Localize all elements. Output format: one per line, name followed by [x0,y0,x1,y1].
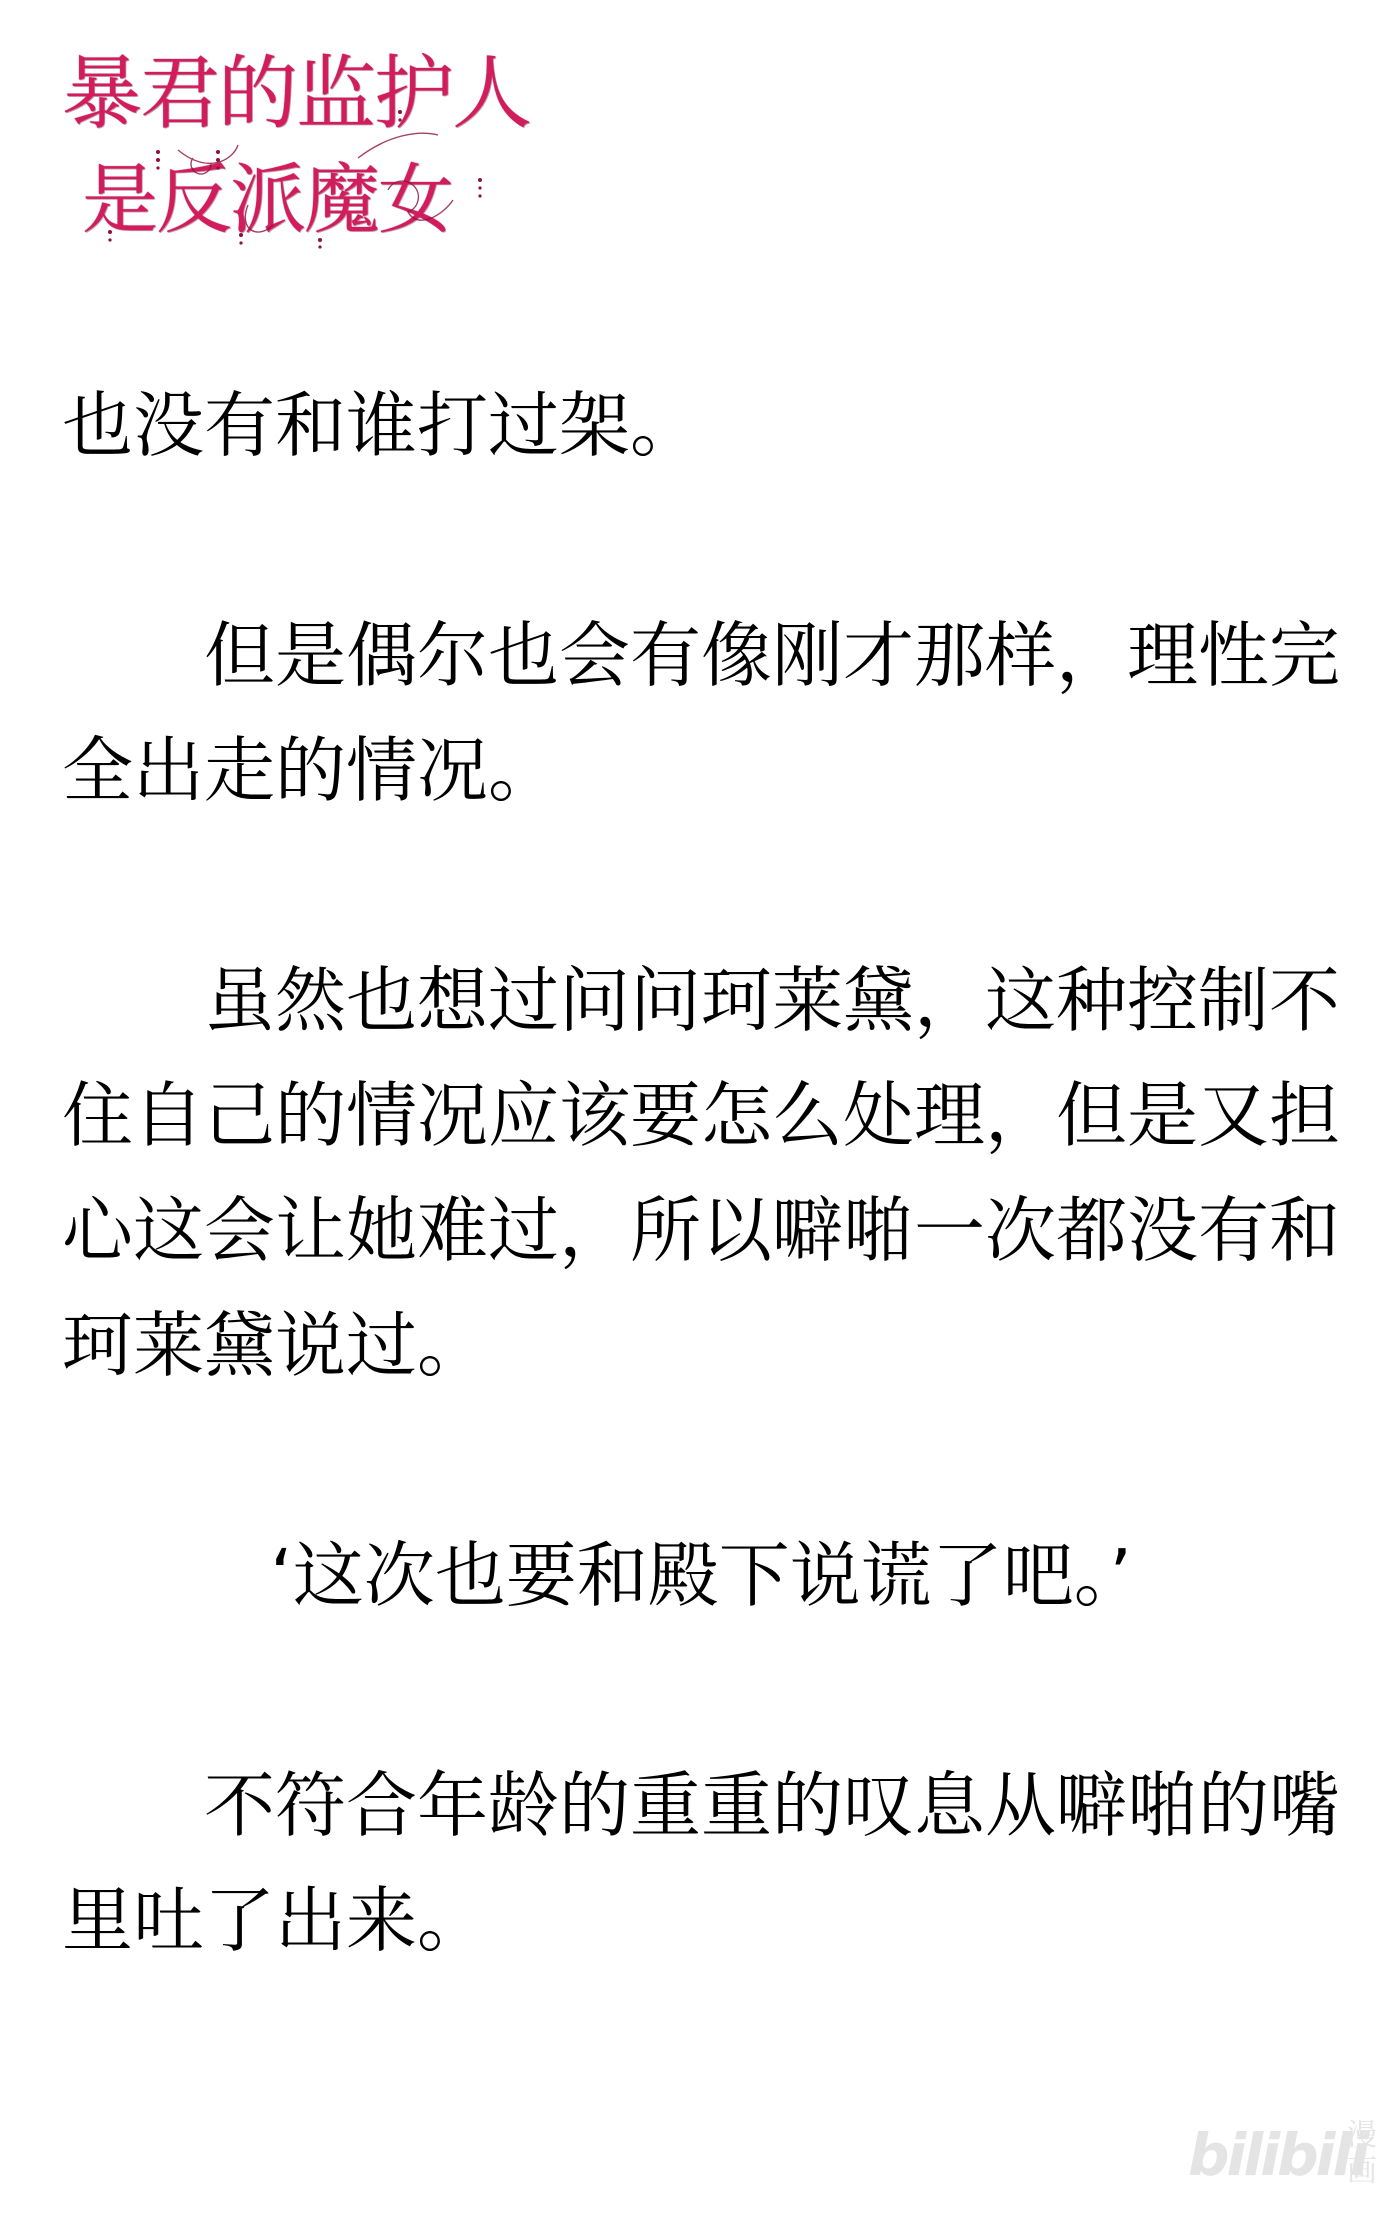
story-line-3: 全出走的情况。 [62,713,1340,828]
logo-title-line-1: 暴君的监护人 [62,44,530,144]
story-line-10: 里吐了出来。 [62,1863,1340,1978]
watermark-sub-char-1: 漫 [1346,2118,1378,2154]
logo-title-line-2: 是反派魔女 [82,152,452,248]
story-line-7: 珂莱黛说过。 [62,1288,1340,1403]
story-line-9: 不符合年龄的重重的叹息从噼啪的嘴 [62,1748,1340,1863]
bilibili-comics-watermark: bilibili 漫 画 [1188,2118,1388,2198]
watermark-sub: 漫 画 [1346,2118,1378,2190]
story-line-2: 但是偶尔也会有像刚才那样，理性完 [62,598,1340,713]
watermark-brand: bilibili [1188,2120,1366,2190]
story-line-5: 住自己的情况应该要怎么处理，但是又担 [62,1058,1340,1173]
comic-title-logo: 暴君的监护人 是反派魔女 [58,40,488,250]
story-line-4: 虽然也想过问问珂莱黛，这种控制不 [62,943,1340,1058]
story-line-6: 心这会让她难过，所以噼啪一次都没有和 [62,1173,1340,1288]
watermark-sub-char-2: 画 [1346,2154,1378,2190]
story-quote-line: ‘这次也要和殿下说谎了吧。’ [62,1518,1340,1633]
story-line-1: 也没有和谁打过架。 [62,368,1340,483]
